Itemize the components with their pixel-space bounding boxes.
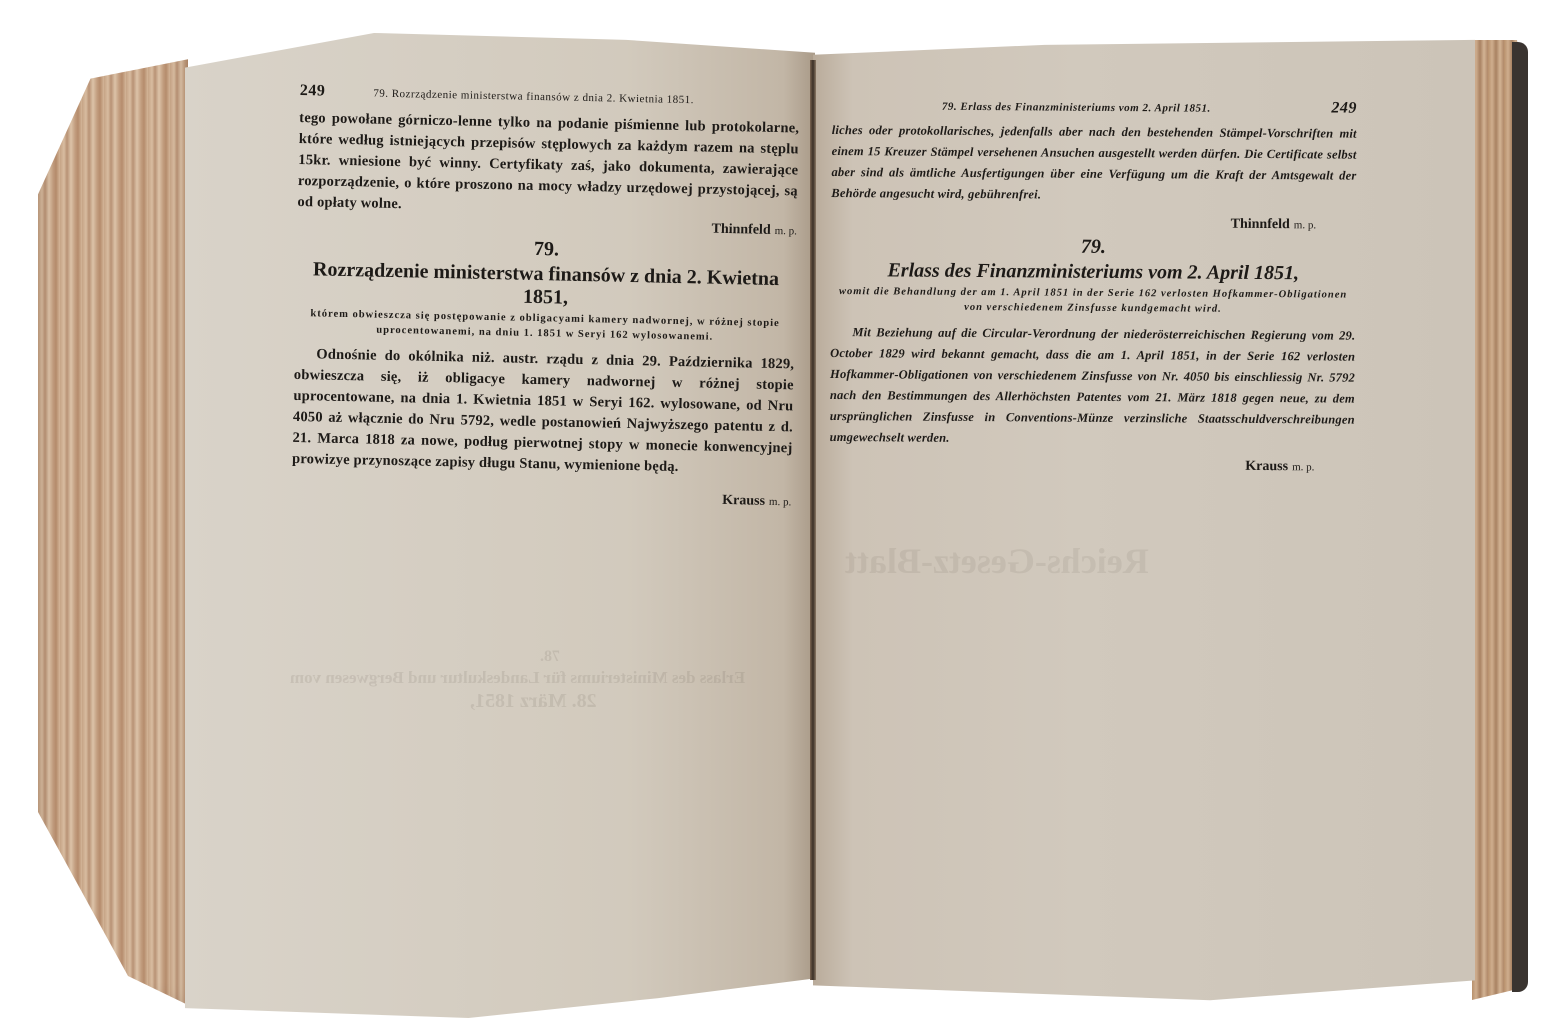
right-page-content: 79. Erlass des Finanzministeriums vom 2.… xyxy=(829,96,1357,476)
right-page-number: 249 xyxy=(1331,99,1357,117)
right-section-subtitle: womit die Behandlung der am 1. April 185… xyxy=(830,284,1355,318)
right-section-number: 79. xyxy=(831,234,1356,261)
signature-suffix: m. p. xyxy=(1292,461,1314,473)
open-book: 78. Erlass des Ministeriums für Landesku… xyxy=(0,0,1545,1036)
right-running-head: 79. Erlass des Finanzministeriums vom 2.… xyxy=(832,96,1357,118)
left-page-edges xyxy=(38,40,188,1005)
right-signature-thinnfeld: Thinnfeldm. p. xyxy=(831,214,1316,233)
right-body-text: Mit Beziehung auf die Circular-Verordnun… xyxy=(830,322,1356,452)
right-signature-krauss: Kraussm. p. xyxy=(829,456,1314,475)
left-page-content: 249 79. Rozrządzenie ministerstwa finans… xyxy=(291,82,800,510)
left-body-text: Odnośnie do okólnika niż. austr. rządu z… xyxy=(292,344,795,480)
left-running-title: 79. Rozrządzenie ministerstwa finansów z… xyxy=(373,88,694,107)
right-section-title: Erlass des Finanzministeriums vom 2. Apr… xyxy=(831,259,1356,286)
signature-name: Krauss xyxy=(722,493,765,509)
bleed-through-header: Reichs-Gesetz-Blatt xyxy=(845,540,1149,582)
signature-name: Thinnfeld xyxy=(1231,217,1290,232)
signature-name: Thinnfeld xyxy=(711,222,770,238)
right-running-title: 79. Erlass des Finanzministeriums vom 2.… xyxy=(942,101,1211,115)
bleed-through-number: 78. xyxy=(540,648,560,666)
bleed-through-date: 28. März 1851, xyxy=(470,690,597,713)
bleed-through-title: Erlass des Ministeriums für Landeskultur… xyxy=(290,668,745,688)
signature-suffix: m. p. xyxy=(775,225,798,237)
left-section-title: Rozrządzenie ministerstwa finansów z dni… xyxy=(295,258,796,314)
right-continuation-text: liches oder protokollarisches, jedenfall… xyxy=(831,120,1357,208)
book-cover-edge xyxy=(1512,42,1528,992)
left-page-number: 249 xyxy=(300,82,326,101)
signature-suffix: m. p. xyxy=(769,496,792,508)
signature-suffix: m. p. xyxy=(1294,219,1316,231)
book-gutter xyxy=(810,60,816,980)
left-continuation-text: tego powołane górniczo-lenne tylko na po… xyxy=(297,108,799,223)
signature-name: Krauss xyxy=(1245,459,1288,474)
